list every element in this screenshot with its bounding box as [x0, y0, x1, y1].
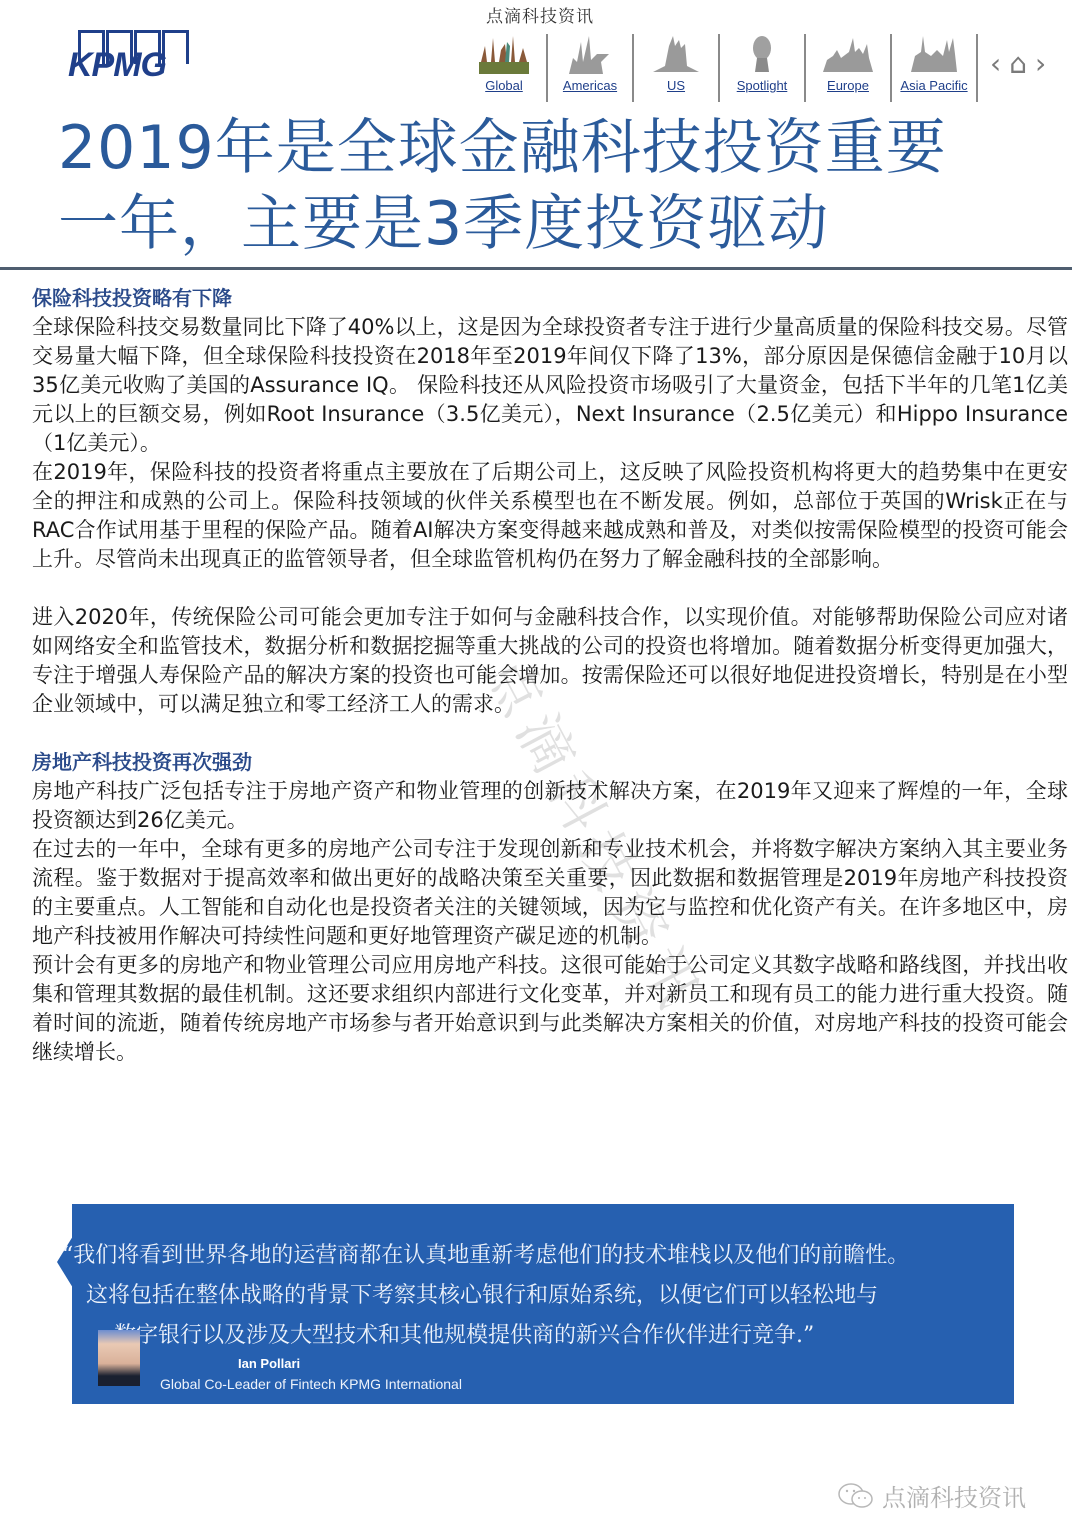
section-heading: 房地产科技投资再次强劲	[32, 748, 1068, 777]
page-title-line-1: 2019年是全球金融科技投资重要	[58, 110, 947, 186]
us-skyline-icon	[649, 32, 703, 74]
nav-label: Americas	[563, 78, 617, 93]
footer-brand: 点滴科技资讯	[836, 1478, 1026, 1513]
author-name: Ian Pollari	[238, 1356, 300, 1371]
nav-item-americas[interactable]: Americas	[548, 32, 632, 100]
paragraph: 进入2020年，传统保险公司可能会更加专注于如何与金融科技合作，以实现价值。对能…	[32, 603, 1068, 719]
author-title: Global Co-Leader of Fintech KPMG Interna…	[160, 1376, 462, 1392]
author-avatar	[98, 1330, 140, 1386]
nav-item-europe[interactable]: Europe	[806, 32, 890, 100]
kpmg-logo-text: KPMG	[68, 46, 166, 85]
nav-label: Global	[485, 78, 523, 93]
global-skyline-icon	[477, 32, 531, 74]
region-nav: Global Americas US Spotlight Europe Asia…	[462, 32, 1046, 102]
nav-divider	[976, 34, 978, 102]
page-title-line-2: 一年，主要是3季度投资驱动	[58, 186, 947, 262]
quote-text: “我们将看到世界各地的运营商都在认真地重新考虑他们的技术堆栈以及他们的前瞻性。 …	[62, 1236, 1022, 1356]
paragraph: 房地产科技广泛包括专注于房地产资产和物业管理的创新技术解决方案，在2019年又迎…	[32, 777, 1068, 835]
spotlight-icon	[735, 32, 789, 74]
paragraph: 在过去的一年中，全球有更多的房地产公司专注于发现创新和专业技术机会，并将数字解决…	[32, 835, 1068, 951]
section-insurtech: 保险科技投资略有下降 全球保险科技交易数量同比下降了40%以上，这是因为全球投资…	[32, 284, 1068, 719]
nav-item-global[interactable]: Global	[462, 32, 546, 100]
paragraph: 全球保险科技交易数量同比下降了40%以上，这是因为全球投资者专注于进行少量高质量…	[32, 313, 1068, 458]
section-proptech: 房地产科技投资再次强劲 房地产科技广泛包括专注于房地产资产和物业管理的创新技术解…	[32, 748, 1068, 1067]
europe-skyline-icon	[821, 32, 875, 74]
quote-line: “我们将看到世界各地的运营商都在认真地重新考虑他们的技术堆栈以及他们的前瞻性。	[62, 1236, 1022, 1276]
section-heading: 保险科技投资略有下降	[32, 284, 1068, 313]
title-divider	[0, 267, 1072, 270]
wechat-icon	[836, 1482, 876, 1510]
nav-label: US	[667, 78, 685, 93]
spacer	[32, 574, 1068, 603]
paragraph: 在2019年，保险科技的投资者将重点主要放在了后期公司上，这反映了风险投资机构将…	[32, 458, 1068, 574]
footer-brand-text: 点滴科技资讯	[882, 1478, 1026, 1513]
nav-controls: ‹ ⌂ ›	[990, 50, 1046, 78]
source-label: 点滴科技资讯	[0, 2, 1080, 27]
asia-pacific-skyline-icon	[907, 32, 961, 74]
nav-item-spotlight[interactable]: Spotlight	[720, 32, 804, 100]
spacer	[32, 719, 1068, 748]
chevron-right-icon[interactable]: ›	[1035, 50, 1046, 78]
page-title: 2019年是全球金融科技投资重要 一年，主要是3季度投资驱动	[58, 110, 947, 262]
nav-label: Asia Pacific	[900, 78, 967, 93]
chevron-left-icon[interactable]: ‹	[990, 50, 1001, 78]
article-body: 保险科技投资略有下降 全球保险科技交易数量同比下降了40%以上，这是因为全球投资…	[32, 284, 1068, 1067]
kpmg-logo: KPMG	[68, 30, 192, 84]
home-icon[interactable]: ⌂	[1009, 50, 1027, 78]
nav-item-us[interactable]: US	[634, 32, 718, 100]
nav-label: Europe	[827, 78, 869, 93]
quote-line: 这将包括在整体战略的背景下考察其核心银行和原始系统，以便它们可以轻松地与	[62, 1276, 1022, 1316]
americas-skyline-icon	[563, 32, 617, 74]
paragraph: 预计会有更多的房地产和物业管理公司应用房地产科技。这很可能始于公司定义其数字战略…	[32, 951, 1068, 1067]
nav-item-asia-pacific[interactable]: Asia Pacific	[892, 32, 976, 100]
nav-label: Spotlight	[737, 78, 788, 93]
quote-line: 数字银行以及涉及大型技术和其他规模提供商的新兴合作伙伴进行竞争.”	[62, 1316, 1022, 1356]
